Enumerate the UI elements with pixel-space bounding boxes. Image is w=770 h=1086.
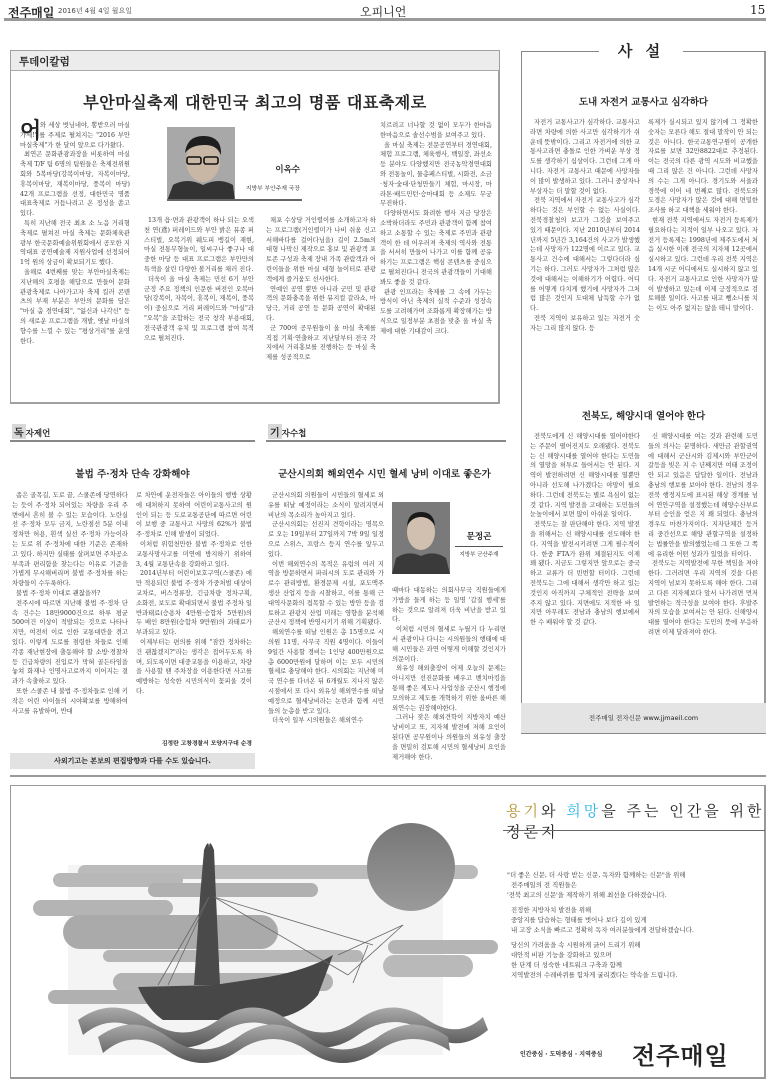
today-column-text-col1: 와 세상 벗님네야, 뽕받으러 마실가세!' 를 주제로 펼쳐지는 "2016 …	[20, 121, 130, 346]
reader-proposal-title: 불법 주·정차 단속 강화해야	[10, 466, 255, 480]
today-column-text-col2: 13개 읍·면과 관광객이 하나 되는 오색천 연(鳶) 퍼레이드와 부안 밝은…	[144, 216, 254, 343]
reporter-divider	[455, 546, 503, 547]
editorial-article1-title: 도내 자전거 교통사고 심각하다	[521, 94, 766, 108]
ship-illustration	[18, 805, 498, 1070]
ad-paragraph-1: "더 좋은 신문, 더 사랑 받는 신문, 독자와 함께하는 신문"을 위해 전…	[507, 870, 762, 900]
editorial-label: 사 설	[599, 40, 683, 61]
ad-paragraph-2: 진정한 지방자치 발전을 위해 중앙지를 답습하는 형태를 벗어나 보다 깊이 …	[507, 905, 762, 935]
editorial-article2-col1: 전북도에게 신 해양시대를 열어야한다는 주문이 떨어진지도 오래됐다. 전북도…	[530, 432, 640, 628]
today-column-header: 투데이칼럼	[11, 51, 499, 71]
author-divider	[167, 199, 302, 201]
editorial-article2-title: 전북도, 해양시대 열어야 한다	[521, 408, 766, 422]
editorial-top-rule-right	[683, 51, 766, 52]
reporter-note-title: 군산시의회 해외연수 시민 혈세 낭비 이대로 좋은가	[262, 466, 507, 480]
today-column-text-col4: 치르려고 너나할 것 없이 모두가 한마음 한마음으로 솔선수범을 보여주고 있…	[380, 121, 492, 337]
reader-proposal-col2: 로 차안에 운전자들은 아이들의 행방 상황에 대처하지 못하여 어린이교통사고…	[136, 491, 252, 697]
ad-slogan-divider	[503, 830, 765, 831]
ad-motto: 인간중심 · 도덕중심 · 지역중심	[520, 1049, 602, 1058]
page-number: 15	[750, 3, 765, 17]
editorial-article1-col2: 록제가 실시되고 있지 않기에 그 정확한 숫자는 모른다 해도 절대 말작이 …	[648, 118, 758, 314]
author-title: 지방부 부안주재 국장	[236, 183, 300, 192]
masthead-date: 2016년 4월 4일 월요일	[58, 6, 132, 16]
ad-body-text: "더 좋은 신문, 더 사랑 받는 신문, 독자와 함께하는 신문"을 위해 전…	[507, 870, 762, 985]
reporter-photo	[392, 502, 450, 574]
disclaimer-banner: 사외기고는 본보의 편집방향과 다를 수도 있습니다.	[10, 753, 255, 769]
reader-proposal-signature: 김정란 고창경찰서 모양지구대 순경	[136, 738, 252, 747]
reporter-note-rule	[266, 440, 506, 442]
reporter-note-label: 기자수첩	[268, 424, 306, 439]
reader-proposal-rule	[10, 440, 255, 442]
e-newspaper-banner[interactable]: 전주매일 전자신문 www.jjmaeil.com	[521, 703, 766, 733]
reporter-name: 문정곤	[455, 530, 503, 542]
reporter-note-col1: 군산시의회 의원들이 시민들의 혈세로 외유를 떠날 예정이라는 소식이 알려지…	[268, 491, 384, 726]
reader-proposal-col1: 좁은 골목길, 도로 끝, 스쿨존에 당연하다는 듯이 주·정차 되어있는 차량…	[12, 491, 128, 716]
reporter-title: 지방부 군산주재	[455, 550, 503, 558]
section-divider	[10, 775, 766, 777]
e-newspaper-link[interactable]: 전주매일 전자신문 www.jjmaeil.com	[521, 713, 766, 722]
editorial-article2-col2: 신 해양시대를 여는 것과 관련해 도민들의 의사는 분명하다. 새만금 관할권…	[648, 432, 758, 638]
editorial-top-rule-left	[521, 51, 599, 52]
reporter-note-col2: 때마다 대동하는 의회사무국 직원들에게 가방을 들게 하는 등 일명 '갑질 …	[392, 586, 506, 762]
ad-slogan: 용기와 희망을 주는 인간을 위한 정론지	[506, 800, 770, 842]
today-column-label: 투데이칼럼	[19, 54, 70, 69]
today-column-text-col3: 채포 수상당 거인렬이를 소개하고자 하는 프로그램(거인렬미가 나비 쉬움 신…	[266, 216, 376, 363]
ad-paragraph-3: 당신의 가려움을 속 시원하게 긁어 드리기 위해 대안적 비판 기능을 강화하…	[507, 940, 762, 980]
masthead-divider	[4, 18, 766, 21]
today-column-title: 부안마실축제 대한민국 최고의 명품 대표축제로	[10, 90, 500, 113]
ad-brand-logo: 전주매일	[632, 1036, 729, 1071]
editorial-article1-col1: 자전거 교통사고가 심각하다. 교통사고라면 차량에 의한 사고만 심각하기가 …	[530, 118, 640, 334]
author-name: 이옥수	[236, 163, 300, 175]
author-photo	[167, 127, 235, 201]
reader-proposal-label: 독자제언	[12, 424, 50, 439]
